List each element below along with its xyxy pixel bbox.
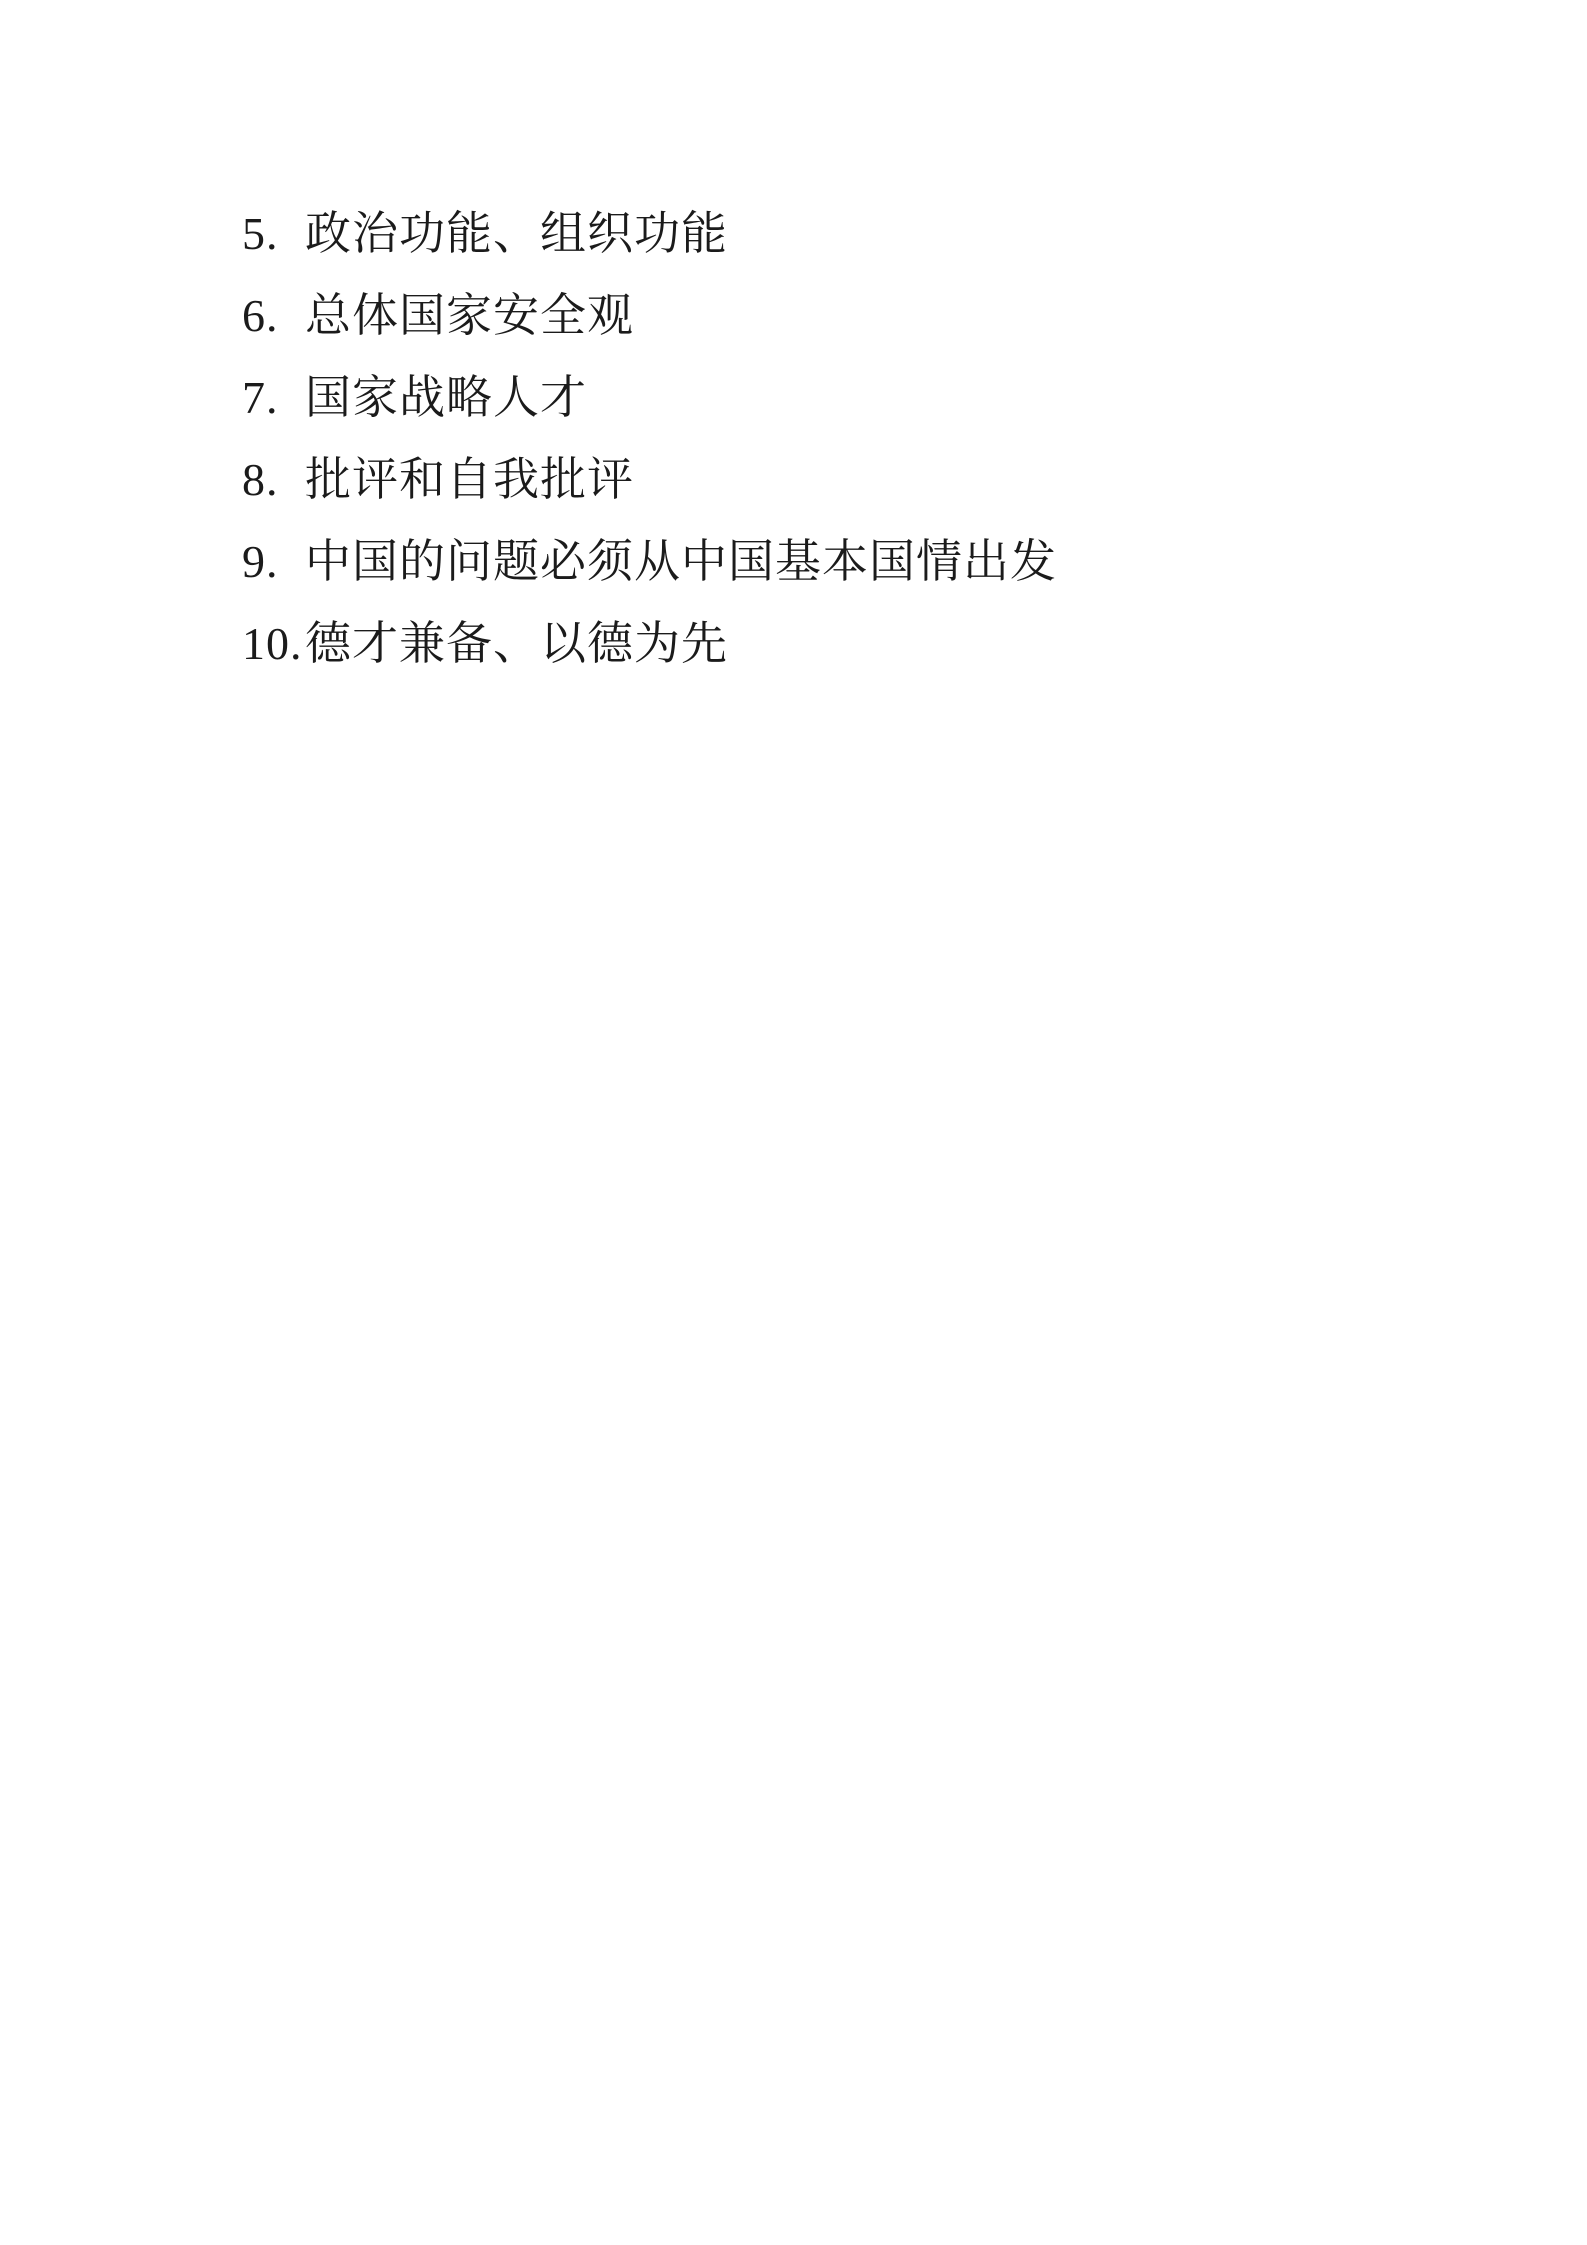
item-text: 批评和自我批评 (305, 454, 634, 505)
list-item: 8.批评和自我批评 (242, 439, 1057, 521)
item-text: 德才兼备、以德为先 (305, 618, 728, 669)
list-item: 5.政治功能、组织功能 (242, 193, 1057, 275)
document-page: 5.政治功能、组织功能 6.总体国家安全观 7.国家战略人才 8.批评和自我批评… (0, 0, 1587, 2245)
item-number: 8. (242, 439, 305, 521)
numbered-list: 5.政治功能、组织功能 6.总体国家安全观 7.国家战略人才 8.批评和自我批评… (242, 193, 1057, 685)
item-text: 中国的问题必须从中国基本国情出发 (305, 536, 1057, 587)
item-text: 政治功能、组织功能 (305, 208, 728, 259)
list-item: 9.中国的问题必须从中国基本国情出发 (242, 521, 1057, 603)
item-number: 10. (242, 603, 305, 685)
list-item: 7.国家战略人才 (242, 357, 1057, 439)
item-text: 总体国家安全观 (305, 290, 634, 341)
item-number: 5. (242, 193, 305, 275)
item-number: 6. (242, 275, 305, 357)
list-item: 10.德才兼备、以德为先 (242, 603, 1057, 685)
item-text: 国家战略人才 (305, 372, 587, 423)
list-item: 6.总体国家安全观 (242, 275, 1057, 357)
item-number: 9. (242, 521, 305, 603)
item-number: 7. (242, 357, 305, 439)
